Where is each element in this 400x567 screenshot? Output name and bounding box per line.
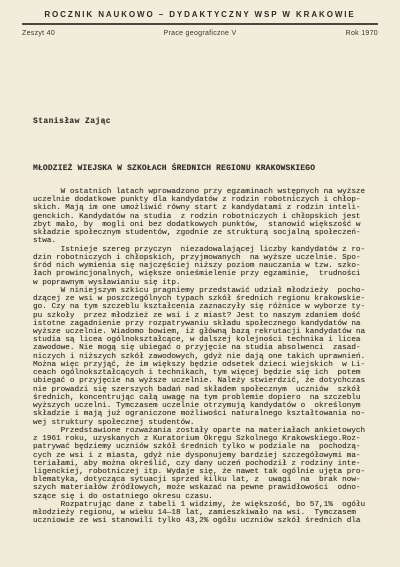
paragraph-5: Rozpatrując dane z tabeli 1 widzimy, że … <box>33 501 378 526</box>
series-title: Prace geograficzne V <box>22 30 378 37</box>
author-name: Stanisław Zając <box>33 117 111 126</box>
paragraph-3: W niniejszym szkicu pragniemy przedstawi… <box>33 287 378 427</box>
paragraph-4: Przedstawione rozważania zostały oparte … <box>33 427 378 501</box>
article-body: W ostatnich latach wprowadzono przy egza… <box>33 188 378 526</box>
header-row: Zeszyt 40 Prace geograficzne V Rok 1970 <box>22 30 378 37</box>
header-rule <box>22 23 378 25</box>
article-title: MŁODZIEŻ WIEJSKA W SZKOŁACH ŚREDNICH REG… <box>33 164 315 173</box>
journal-page: ROCZNIK NAUKOWO – DYDAKTYCZNY WSP W KRAK… <box>0 0 400 567</box>
paragraph-2: Istnieje szereg przyczyn niezadowalające… <box>33 246 378 287</box>
paragraph-1: W ostatnich latach wprowadzono przy egza… <box>33 188 378 246</box>
journal-title: ROCZNIK NAUKOWO – DYDAKTYCZNY WSP W KRAK… <box>0 10 400 19</box>
